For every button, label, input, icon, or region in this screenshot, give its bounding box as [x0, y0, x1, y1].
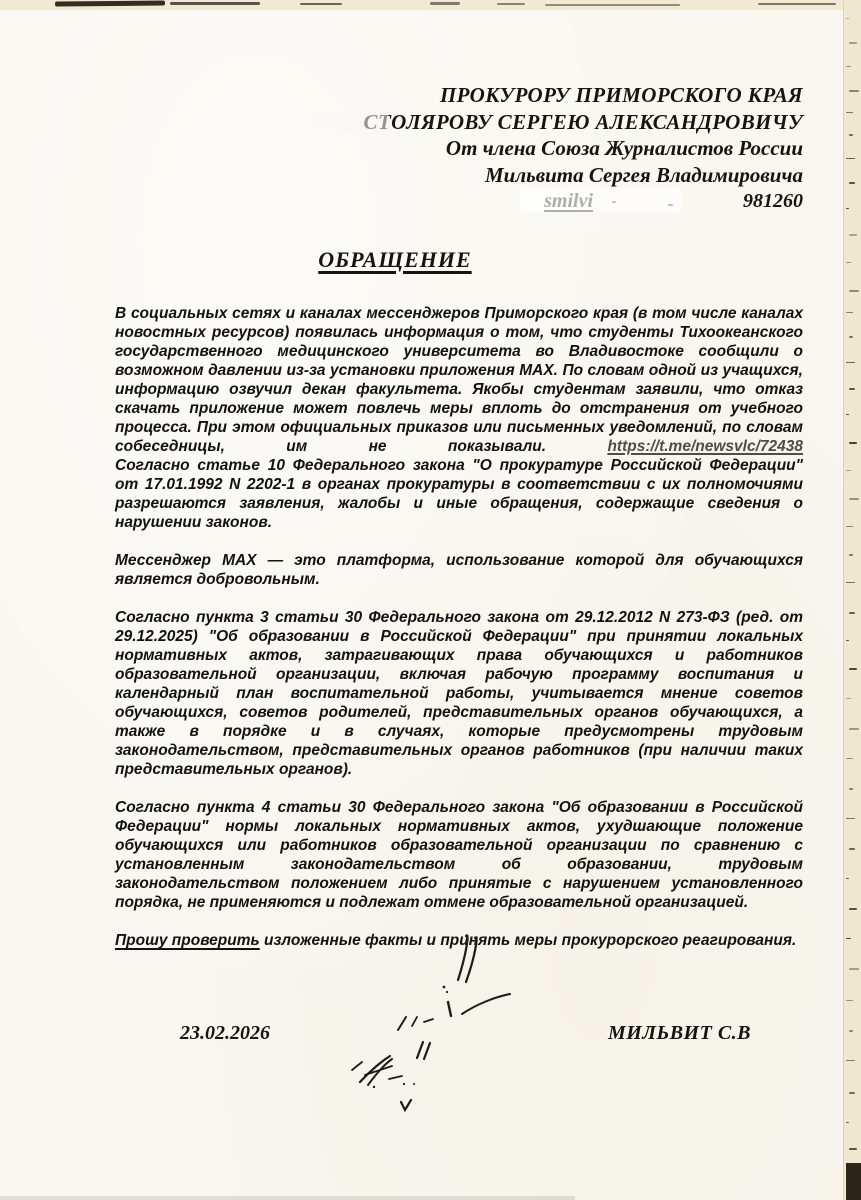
- scan-dash: [849, 388, 855, 390]
- scan-dash: [846, 938, 851, 939]
- paragraph-prosecutor-law: Согласно статье 10 Федерального закона "…: [115, 456, 803, 532]
- scan-top-edge: [0, 0, 861, 10]
- scan-dash: [849, 234, 857, 236]
- scan-dash: [849, 554, 853, 556]
- scan-dash: [846, 414, 849, 415]
- paragraph-facts-and-law: В социальных сетях и каналах мессенджеро…: [115, 304, 803, 532]
- redaction-whiteout: [520, 188, 682, 212]
- scanned-document-page: { "colors": { "paper": "#f8f6ef", "scan_…: [0, 0, 861, 1200]
- scan-dash: [846, 878, 849, 879]
- scan-dash: [849, 290, 859, 292]
- scan-dash: [849, 728, 859, 730]
- scan-dash: [849, 182, 855, 184]
- paragraph-max-voluntary: Мессенджер MAX — это платформа, использо…: [115, 551, 803, 589]
- scan-dash: [846, 758, 853, 759]
- scan-dash: [849, 668, 857, 670]
- paragraph-education-law-p3: Согласно пункта 3 статьи 30 Федерального…: [115, 608, 803, 779]
- scan-bottom-edge: [0, 1196, 575, 1200]
- scan-dash: [846, 362, 855, 363]
- scan-dash: [846, 470, 851, 471]
- scan-dash: [846, 1060, 855, 1061]
- paragraph-facts: В социальных сетях и каналах мессенджеро…: [115, 304, 803, 456]
- scan-dash: [846, 158, 855, 159]
- scan-dash: [846, 18, 849, 19]
- document-date: 23.02.2026: [180, 1022, 270, 1045]
- scan-dash: [846, 312, 853, 313]
- scan-speck: [612, 201, 616, 203]
- scan-dash: [849, 968, 859, 970]
- scan-dash: [846, 526, 853, 527]
- scan-dash: [849, 42, 857, 44]
- scan-dash: [849, 90, 859, 92]
- request-lead: Прошу проверить: [115, 932, 260, 949]
- scan-dash: [849, 336, 853, 338]
- phone-fragment: 981260: [743, 188, 803, 215]
- handwritten-signature: [330, 925, 530, 1135]
- scan-dash: [849, 788, 853, 790]
- scan-dash: [849, 848, 855, 850]
- scan-dash: [849, 442, 857, 444]
- scan-dash: [849, 498, 859, 500]
- scan-dash: [846, 640, 849, 641]
- paragraph-education-law-p4: Согласно пункта 4 статьи 30 Федерального…: [115, 798, 803, 912]
- scan-dash: [846, 262, 851, 263]
- letter-body: В социальных сетях и каналах мессенджеро…: [115, 304, 803, 969]
- sender-name-line: Мильвита Сергея Владимировича: [243, 162, 803, 189]
- scan-right-edge: [843, 0, 861, 1200]
- scan-dash: [849, 612, 855, 614]
- scan-dash: [846, 582, 855, 583]
- scan-dash: [846, 208, 849, 209]
- scan-speck: [668, 204, 673, 206]
- scan-dash: [849, 134, 853, 136]
- recipient-title-line: ПРОКУРОРУ ПРИМОРСКОГО КРАЯ: [243, 82, 803, 109]
- document-title: ОБРАЩЕНИЕ: [115, 247, 675, 273]
- scan-dash: [849, 1148, 857, 1150]
- scan-dash: [849, 1092, 855, 1094]
- scan-dash: [846, 698, 851, 699]
- scan-dash: [846, 66, 851, 67]
- scan-dash: [846, 1122, 849, 1123]
- telegram-link: https://t.me/newsvlc/72438: [607, 438, 803, 455]
- scan-dash: [849, 1030, 853, 1032]
- sender-membership-line: От члена Союза Журналистов России: [243, 135, 803, 162]
- scan-dash: [846, 1000, 853, 1001]
- whiteout-smudge: [308, 112, 390, 133]
- scan-dash: [846, 112, 853, 113]
- scan-dash: [849, 908, 857, 910]
- signatory-name: МИЛЬВИТ С.В: [608, 1022, 751, 1045]
- scan-dash: [846, 818, 855, 819]
- scan-corner-mark: [846, 1163, 861, 1200]
